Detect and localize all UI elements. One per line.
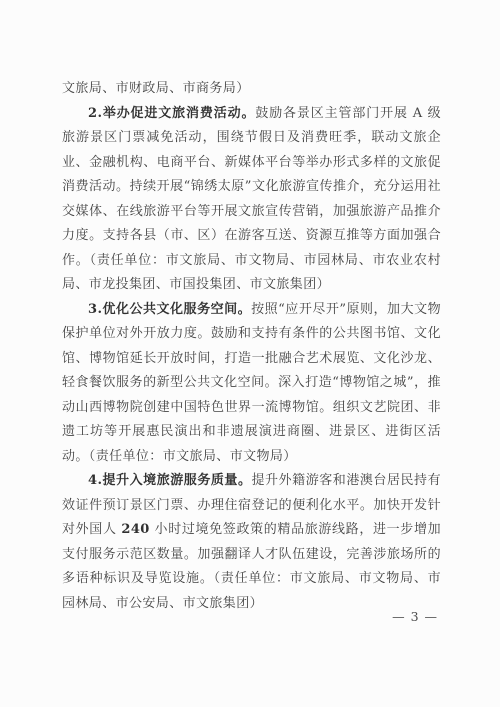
paragraph-text: 按照“应开尽开”原则，加大文物保护单位对外开放力度。鼓励和支持有条件的公共图书馆…	[62, 302, 441, 464]
paragraph-continuation: 文旅局、市财政局、市商务局）	[62, 77, 441, 102]
page-number: — 3 —	[392, 609, 438, 625]
paragraph-item-2: 2.举办促进文旅消费活动。鼓励各景区主管部门开展 A 级旅游景区门票减免活动，围…	[62, 102, 441, 298]
paragraph-lead-bold: 4.提升入境旅游服务质量。	[88, 473, 252, 488]
paragraph-text: 鼓励各景区主管部门开展 A 级旅游景区门票减免活动，围绕节假日及消费旺季，联动文…	[62, 106, 441, 293]
paragraph-item-3: 3.优化公共文化服务空间。按照“应开尽开”原则，加大文物保护单位对外开放力度。鼓…	[62, 298, 441, 470]
paragraph-item-4: 4.提升入境旅游服务质量。提升外籍游客和港澳台居民持有效证件预订景区门票、办理住…	[62, 469, 441, 616]
paragraph-lead-bold: 3.优化公共文化服务空间。	[88, 302, 251, 317]
paragraph-text: 文旅局、市财政局、市商务局）	[62, 81, 250, 96]
document-page: 文旅局、市财政局、市商务局） 2.举办促进文旅消费活动。鼓励各景区主管部门开展 …	[0, 0, 500, 707]
bold-number: 240	[121, 522, 149, 537]
document-body: 文旅局、市财政局、市商务局） 2.举办促进文旅消费活动。鼓励各景区主管部门开展 …	[62, 77, 441, 616]
paragraph-lead-bold: 2.举办促进文旅消费活动。	[88, 106, 255, 121]
